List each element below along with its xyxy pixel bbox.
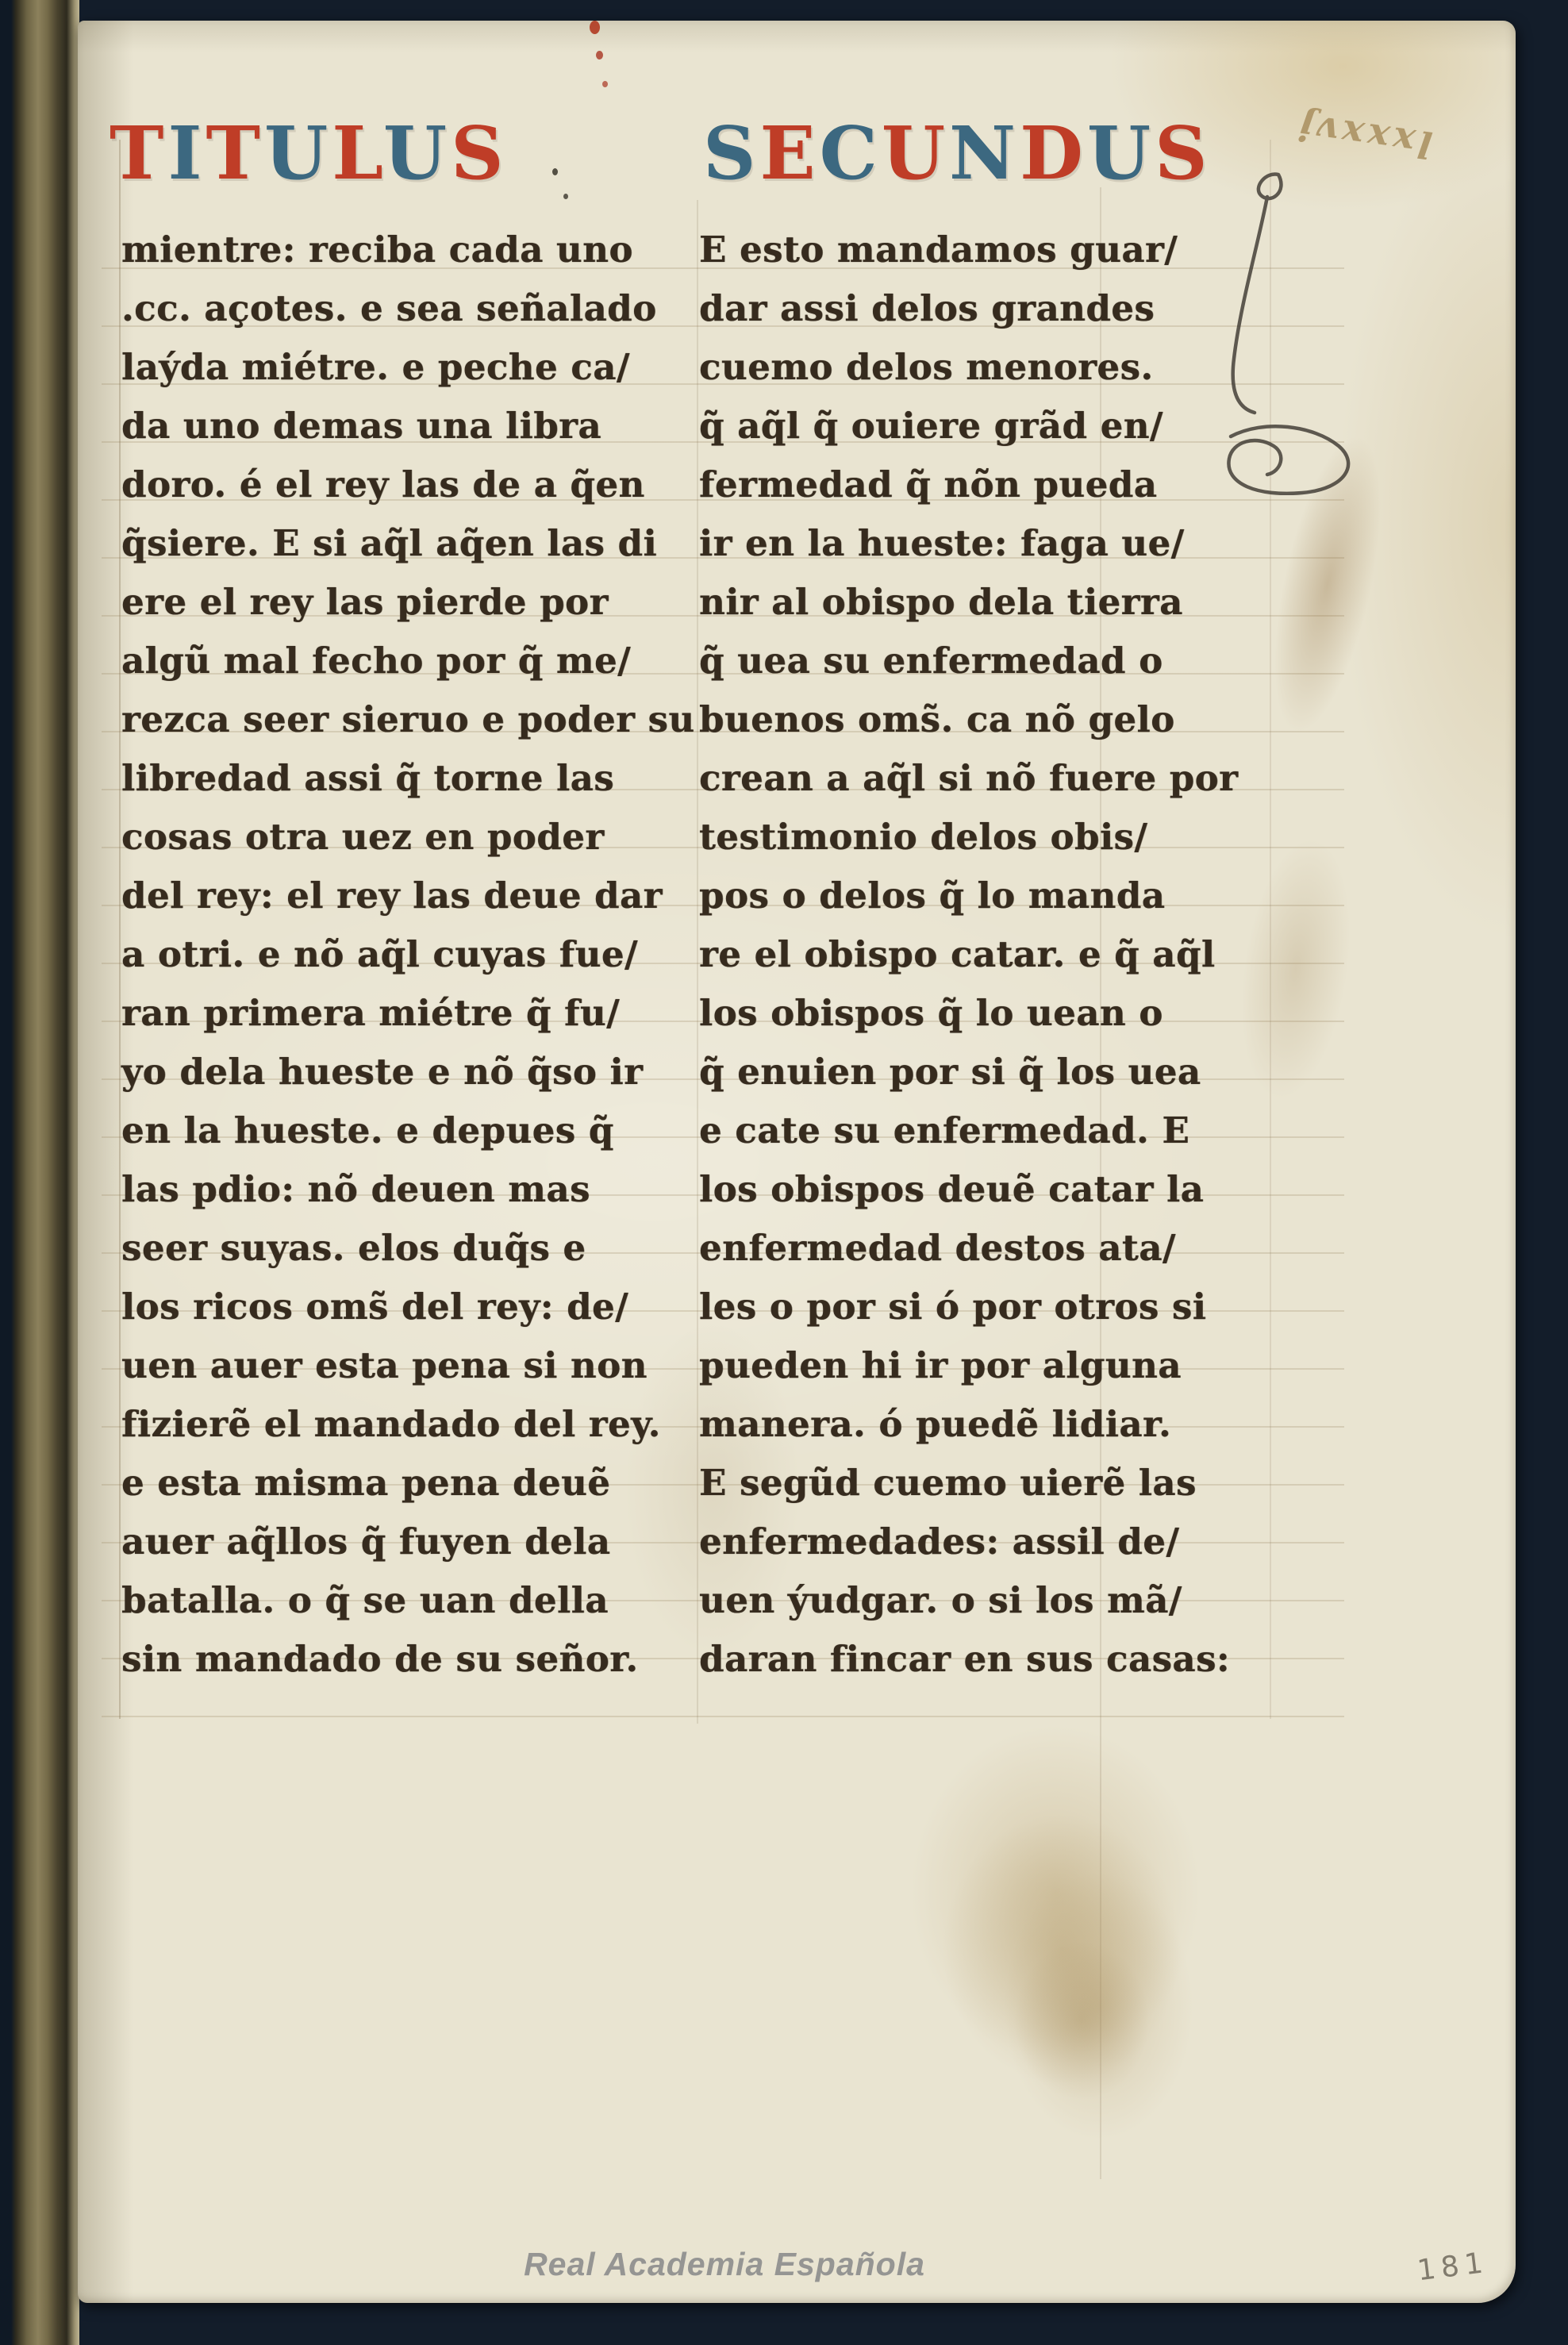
- title-letter: C: [820, 110, 882, 196]
- red-ink-speck: [590, 21, 600, 34]
- ink-speck: [563, 194, 568, 199]
- manuscript-line: testimonio delos obis/: [699, 808, 1278, 867]
- manuscript-line: pueden hi ir por alguna: [699, 1336, 1278, 1395]
- manuscript-line: los obispos q̃ lo uean o: [699, 984, 1278, 1043]
- manuscript-line: e cate su enfermedad. E: [699, 1101, 1278, 1160]
- title-letter: S: [451, 110, 507, 196]
- manuscript-line: crean a aq̃l si nõ fuere por: [699, 749, 1278, 808]
- manuscript-line: en la hueste. e depues q̃: [121, 1101, 658, 1160]
- manuscript-line: las pdio: nõ deuen mas: [121, 1160, 658, 1219]
- manuscript-line: enfermedades: assil de/: [699, 1513, 1278, 1571]
- manuscript-line: libredad assi q̃ torne las: [121, 749, 658, 808]
- ink-speck: [552, 168, 558, 175]
- manuscript-line: ir en la hueste: faga ue/: [699, 514, 1278, 573]
- manuscript-line: a otri. e nõ aq̃l cuyas fue/: [121, 925, 658, 984]
- manuscript-line: dar assi delos grandes: [699, 279, 1278, 338]
- manuscript-line: ran primera miétre q̃ fu/: [121, 984, 658, 1043]
- manuscript-line: los ricos oms̃ del rey: de/: [121, 1278, 658, 1336]
- manuscript-line: fizierẽ el mandado del rey.: [121, 1395, 658, 1454]
- manuscript-line: uen auer esta pena si non: [121, 1336, 658, 1395]
- manuscript-line: q̃ aq̃l q̃ ouiere grãd en/: [699, 397, 1278, 456]
- manuscript-line: algũ mal fecho por q̃ me/: [121, 632, 658, 690]
- title-letter: T: [206, 110, 264, 196]
- manuscript-line: da uno demas una libra: [121, 397, 658, 456]
- manuscript-line: cuemo delos menores.: [699, 338, 1278, 397]
- title-letter: U: [264, 110, 332, 196]
- title-letter: U: [383, 110, 451, 196]
- manuscript-line: e esta misma pena deuẽ: [121, 1454, 658, 1513]
- parchment-page: TITULUS SECUNDUS lxxxvj mientre: reciba …: [78, 21, 1516, 2303]
- manuscript-line: nir al obispo dela tierra: [699, 573, 1278, 632]
- manuscript-line: daran fincar en sus casas:: [699, 1630, 1278, 1689]
- red-ink-speck: [602, 81, 608, 87]
- manuscript-line: batalla. o q̃ se uan della: [121, 1571, 658, 1630]
- manuscript-line: les o por si ó por otros si: [699, 1278, 1278, 1336]
- manuscript-line: buenos oms̃. ca nõ gelo: [699, 690, 1278, 749]
- manuscript-line: del rey: el rey las deue dar: [121, 867, 658, 925]
- title-letter: T: [110, 110, 167, 196]
- manuscript-line: re el obispo catar. e q̃ aq̃l: [699, 925, 1278, 984]
- manuscript-line: q̃ uea su enfermedad o: [699, 632, 1278, 690]
- title-letter: U: [1087, 110, 1155, 196]
- institution-watermark: Real Academia Española: [518, 2246, 931, 2283]
- parchment-stain: [943, 1814, 1181, 2084]
- rubricated-title-secundus: SECUNDUS: [703, 110, 1212, 197]
- manuscript-scan: { "palette": { "red": "#bf3d27", "blue":…: [0, 0, 1568, 2345]
- book-gutter-edge: [0, 0, 79, 2345]
- manuscript-line: q̃ enuien por si q̃ los uea: [699, 1043, 1278, 1101]
- manuscript-line: .cc. açotes. e sea señalado: [121, 279, 658, 338]
- manuscript-line: doro. é el rey las de a q̃en: [121, 456, 658, 514]
- manuscript-line: uen ýudgar. o si los mã/: [699, 1571, 1278, 1630]
- title-letter: U: [882, 110, 949, 196]
- manuscript-line: sin mandado de su señor.: [121, 1630, 658, 1689]
- title-letter: S: [703, 110, 759, 196]
- manuscript-line: rezca seer sieruo e poder su: [121, 690, 658, 749]
- marginalia-folio-note: lxxxvj: [1225, 95, 1435, 167]
- manuscript-line: yo dela hueste e nõ q̃so ir: [121, 1043, 658, 1101]
- manuscript-line: mientre: reciba cada uno: [121, 221, 658, 279]
- folio-number-pencil: 181: [1416, 2247, 1490, 2288]
- manuscript-line: manera. ó puedẽ lidiar.: [699, 1395, 1278, 1454]
- title-letter: L: [332, 110, 383, 196]
- manuscript-line: laýda miétre. e peche ca/: [121, 338, 658, 397]
- manuscript-line: q̃siere. E si aq̃l aq̃en las di: [121, 514, 658, 573]
- manuscript-line: seer suyas. elos duq̃s e: [121, 1219, 658, 1278]
- parchment-stain: [1014, 1941, 1149, 2100]
- title-letter: I: [167, 110, 206, 196]
- manuscript-line: enfermedad destos ata/: [699, 1219, 1278, 1278]
- manuscript-line: fermedad q̃ nõn pueda: [699, 456, 1278, 514]
- title-letter: D: [1020, 110, 1087, 196]
- manuscript-line: ere el rey las pierde por: [121, 573, 658, 632]
- title-letter: N: [949, 110, 1020, 196]
- manuscript-line: auer aq̃llos q̃ fuyen dela: [121, 1513, 658, 1571]
- text-column-right: E esto mandamos guar/dar assi delos gran…: [699, 221, 1278, 1689]
- vertical-ruling-line: [697, 200, 698, 1724]
- title-letter: S: [1155, 110, 1211, 196]
- vertical-ruling-line: [119, 140, 121, 1719]
- manuscript-line: cosas otra uez en poder: [121, 808, 658, 867]
- text-column-left: mientre: reciba cada uno.cc. açotes. e s…: [121, 221, 658, 1689]
- title-letter: E: [759, 110, 819, 196]
- rubricated-title-titulus: TITULUS: [110, 110, 508, 197]
- red-ink-speck: [596, 51, 603, 60]
- manuscript-line: E segũd cuemo uierẽ las: [699, 1454, 1278, 1513]
- manuscript-line: pos o delos q̃ lo manda: [699, 867, 1278, 925]
- manuscript-line: los obispos deuẽ catar la: [699, 1160, 1278, 1219]
- manuscript-line: E esto mandamos guar/: [699, 221, 1278, 279]
